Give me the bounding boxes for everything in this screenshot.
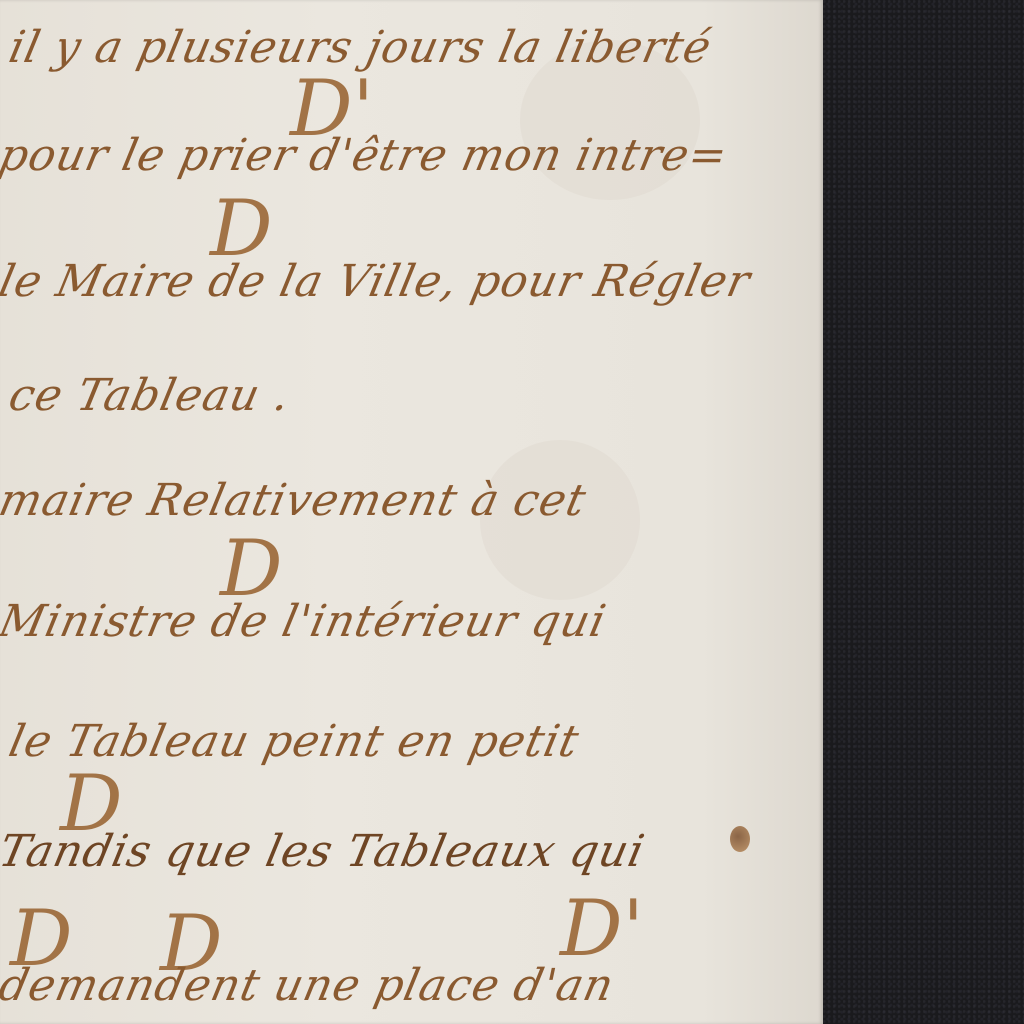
handwritten-line-2: pour le prier d'être mon intre=	[0, 130, 732, 181]
handwritten-line-8: Tandis que les Tableaux qui	[0, 826, 649, 877]
manuscript-page: il y a plusieurs jours la liberté D' pou…	[0, 0, 823, 1024]
handwritten-line-4: ce Tableau .	[5, 370, 295, 421]
handwritten-line-6: Ministre de l'intérieur qui	[0, 596, 611, 647]
flourish-d-7: D'	[560, 890, 644, 968]
ink-blot	[730, 826, 750, 852]
handwritten-line-5: maire Relativement à cet	[0, 475, 591, 526]
handwritten-line-3: le Maire de la Ville, pour Régler	[0, 256, 755, 307]
handwritten-line-9: demandent une place d'an	[0, 960, 619, 1011]
dark-backdrop	[823, 0, 1024, 1024]
